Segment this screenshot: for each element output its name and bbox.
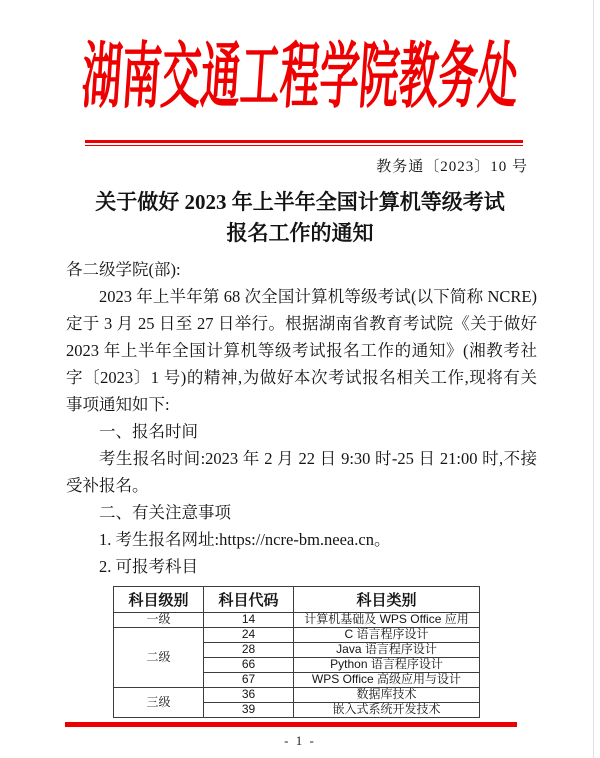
notice-title-line2: 报名工作的通知 xyxy=(0,218,600,249)
subject-cell: C 语言程序设计 xyxy=(294,628,480,643)
list-item-registration-url: 1. 考生报名网址:https://ncre-bm.neea.cn。 xyxy=(66,526,537,553)
table-row: 二级 24 C 语言程序设计 xyxy=(114,628,480,643)
subject-cell: Python 语言程序设计 xyxy=(294,658,480,673)
level-cell: 一级 xyxy=(114,613,204,628)
code-cell: 24 xyxy=(204,628,294,643)
page-number: - 1 - xyxy=(0,733,600,749)
table-header-category: 科目类别 xyxy=(294,587,480,613)
code-cell: 36 xyxy=(204,688,294,703)
table-header-row: 科目级别 科目代码 科目类别 xyxy=(114,587,480,613)
section-heading-1: 一、报名时间 xyxy=(66,418,537,445)
code-cell: 39 xyxy=(204,703,294,718)
table-row: 三级 36 数据库技术 xyxy=(114,688,480,703)
subject-cell: Java 语言程序设计 xyxy=(294,643,480,658)
paragraph-registration-time: 考生报名时间:2023 年 2 月 22 日 9:30 时-25 日 21:00… xyxy=(66,445,537,499)
subject-cell: 嵌入式系统开发技术 xyxy=(294,703,480,718)
notice-title-line1: 关于做好 2023 年上半年全国计算机等级考试 xyxy=(0,187,600,218)
notice-body: 各二级学院(部): 2023 年上半年第 68 次全国计算机等级考试(以下简称 … xyxy=(66,256,537,580)
table-header-code: 科目代码 xyxy=(204,587,294,613)
letterhead-title: 湖南交通工程学院教务处 xyxy=(80,41,520,113)
subjects-table: 科目级别 科目代码 科目类别 一级 14 计算机基础及 WPS Office 应… xyxy=(113,586,480,718)
letterhead: 湖南交通工程学院教务处 xyxy=(0,24,600,130)
code-cell: 28 xyxy=(204,643,294,658)
subject-cell: 计算机基础及 WPS Office 应用 xyxy=(294,613,480,628)
level-cell: 三级 xyxy=(114,688,204,718)
table-row: 一级 14 计算机基础及 WPS Office 应用 xyxy=(114,613,480,628)
code-cell: 14 xyxy=(204,613,294,628)
document-number: 教务通〔2023〕10 号 xyxy=(0,155,600,176)
paragraph-intro: 2023 年上半年第 68 次全国计算机等级考试(以下简称 NCRE)定于 3 … xyxy=(66,283,537,418)
level-cell: 二级 xyxy=(114,628,204,688)
subject-cell: WPS Office 高级应用与设计 xyxy=(294,673,480,688)
red-divider-bottom xyxy=(65,722,517,727)
red-divider-top xyxy=(85,140,523,146)
section-heading-2: 二、有关注意事项 xyxy=(66,499,537,526)
list-item-subjects: 2. 可报考科目 xyxy=(66,553,537,580)
salutation: 各二级学院(部): xyxy=(66,256,537,283)
table-header-level: 科目级别 xyxy=(114,587,204,613)
subject-cell: 数据库技术 xyxy=(294,688,480,703)
code-cell: 66 xyxy=(204,658,294,673)
scan-edge-artifact xyxy=(593,0,594,758)
code-cell: 67 xyxy=(204,673,294,688)
notice-title: 关于做好 2023 年上半年全国计算机等级考试 报名工作的通知 xyxy=(0,187,600,249)
